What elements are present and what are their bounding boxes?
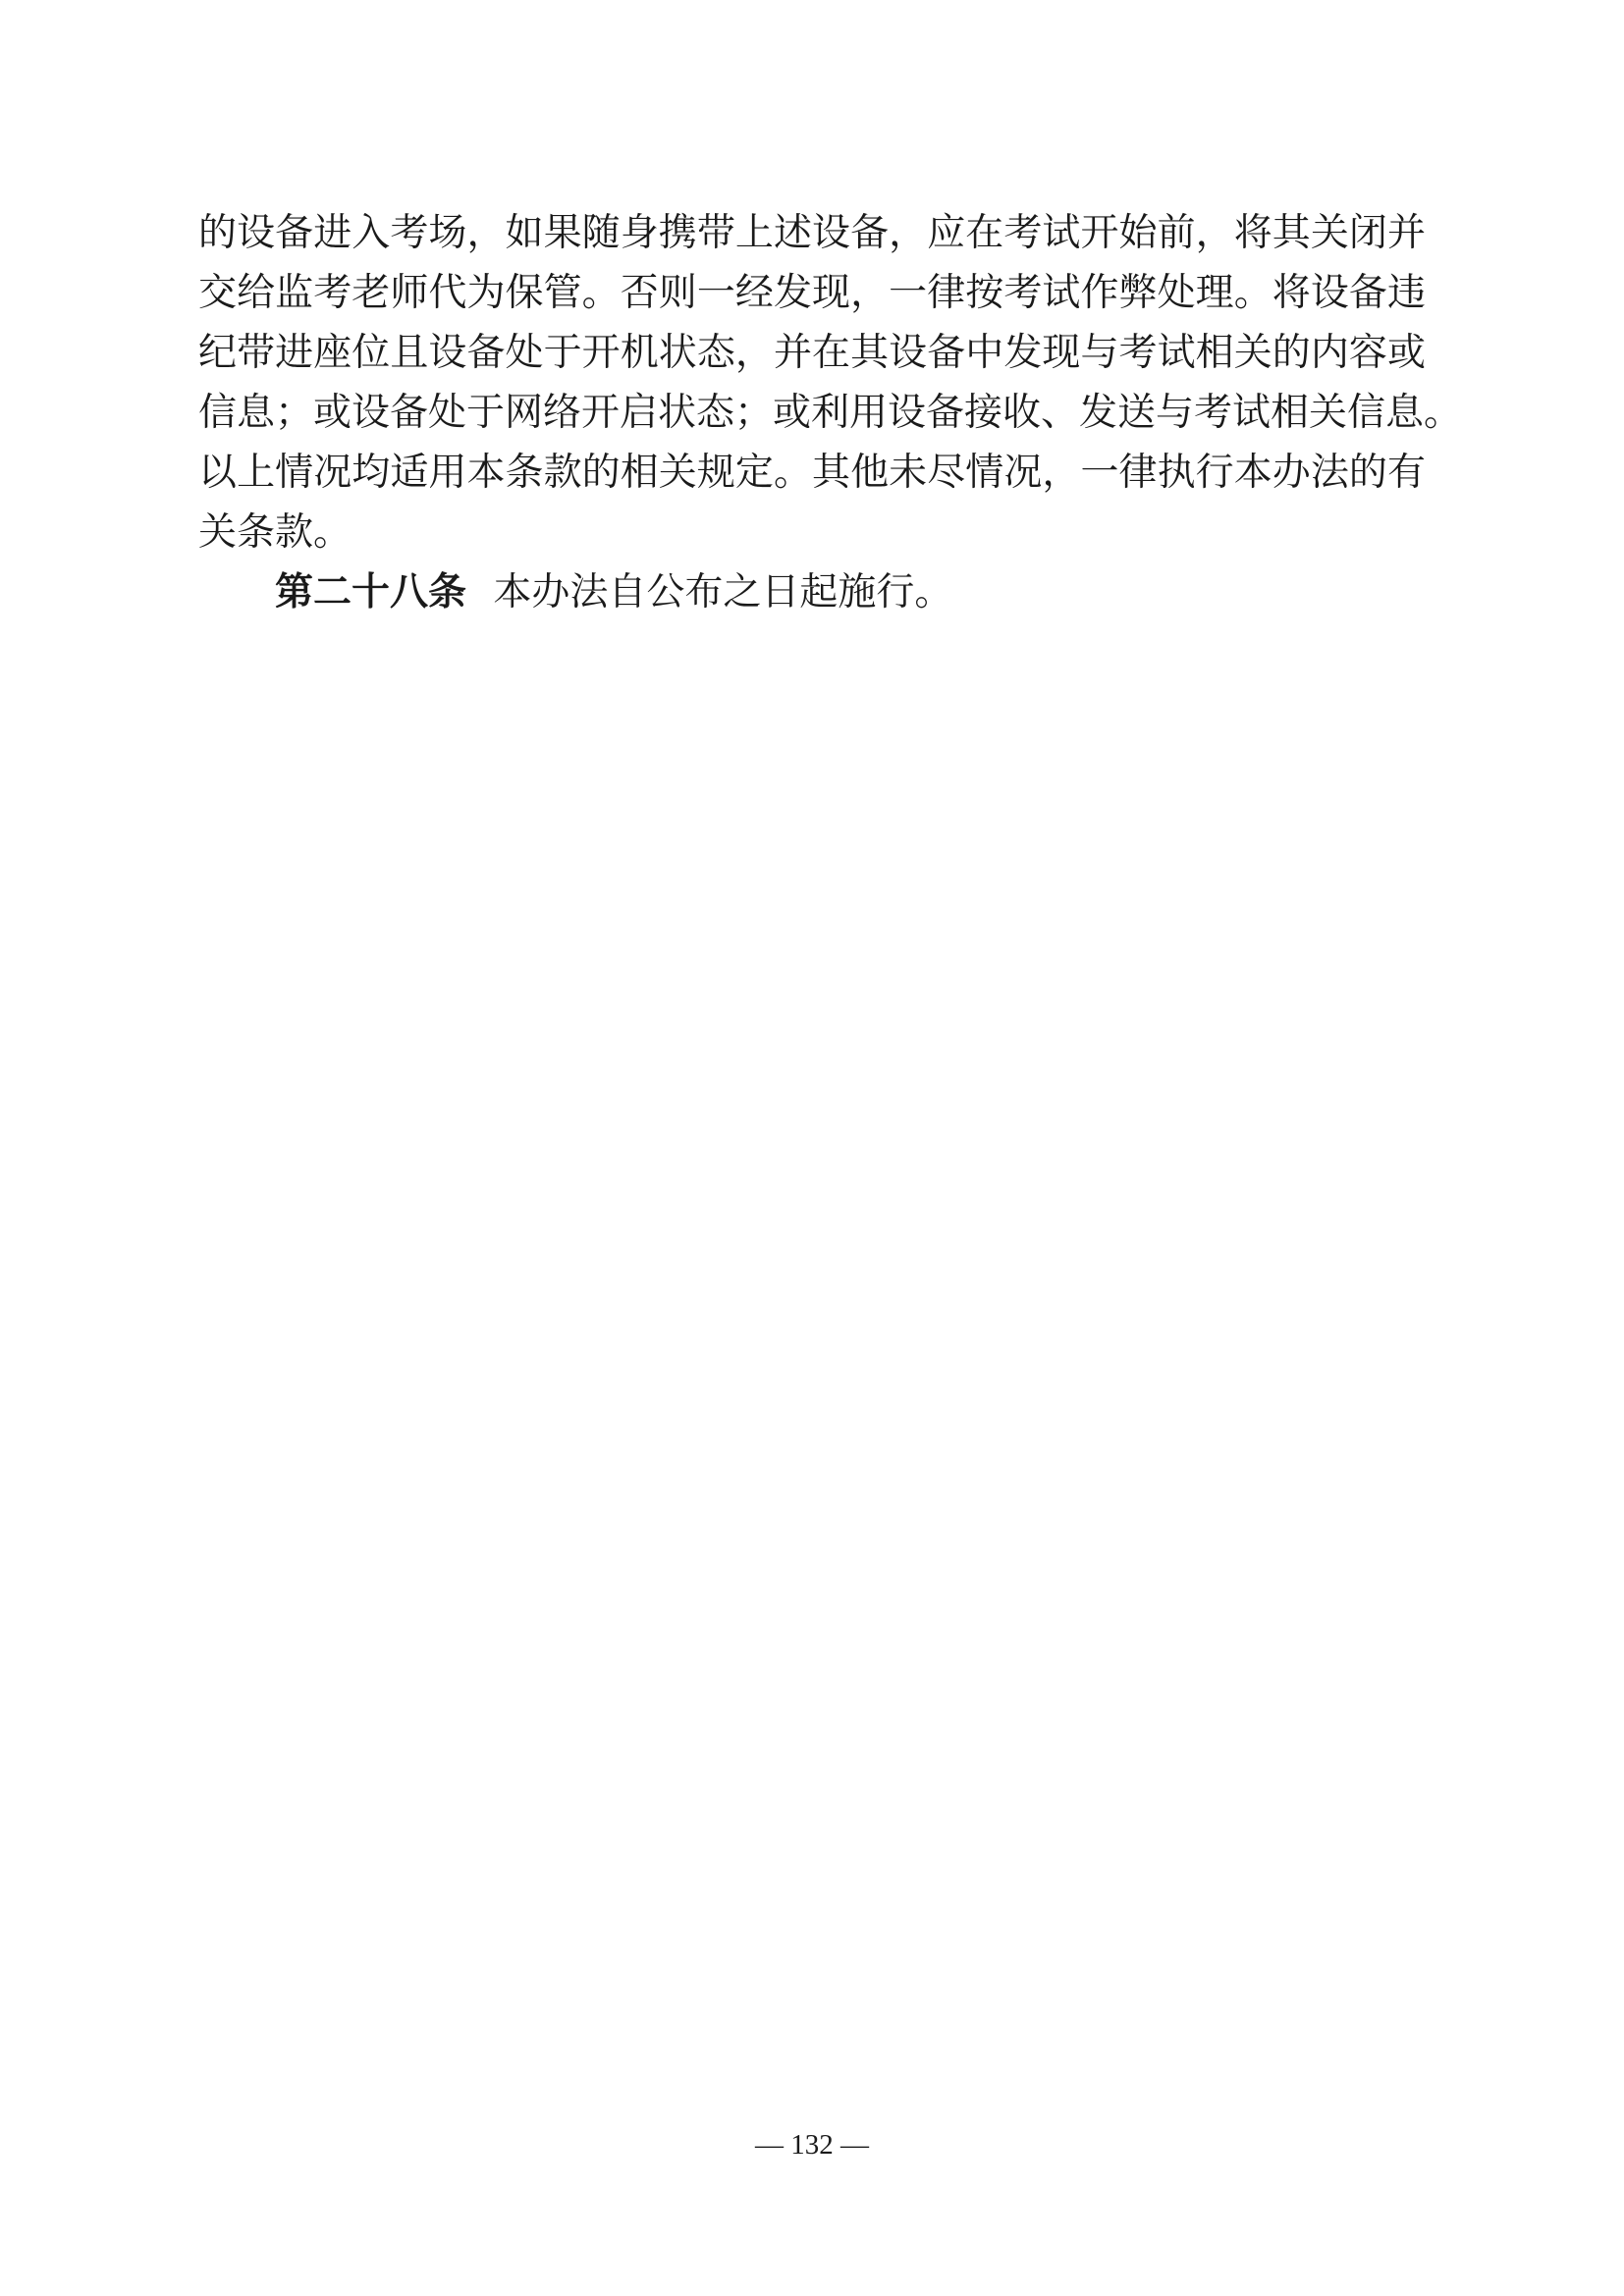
page-footer: — 132 — — [0, 2128, 1624, 2162]
paragraph-line-2: 交给监考老师代为保管。否则一经发现，一律按考试作弊处理。将设备违 — [198, 263, 1426, 323]
article-28-line: 第二十八条本办法自公布之日起施行。 — [198, 562, 1426, 622]
page-number: — 132 — — [755, 2129, 869, 2161]
paragraph-line-3: 纪带进座位且设备处于开机状态，并在其设备中发现与考试相关的内容或 — [198, 323, 1426, 383]
paragraph-line-1: 的设备进入考场，如果随身携带上述设备，应在考试开始前，将其关闭并 — [198, 203, 1426, 263]
paragraph-line-5: 以上情况均适用本条款的相关规定。其他未尽情况，一律执行本办法的有 — [198, 443, 1426, 503]
paragraph-line-4: 信息；或设备处于网络开启状态；或利用设备接收、发送与考试相关信息。 — [198, 383, 1426, 443]
article-28-text: 本办法自公布之日起施行。 — [493, 571, 952, 614]
article-28-number: 第二十八条 — [275, 571, 466, 614]
document-page: 的设备进入考场，如果随身携带上述设备，应在考试开始前，将其关闭并 交给监考老师代… — [0, 0, 1624, 2296]
paragraph-line-6: 关条款。 — [198, 503, 1426, 562]
body-text-block: 的设备进入考场，如果随身携带上述设备，应在考试开始前，将其关闭并 交给监考老师代… — [198, 203, 1426, 622]
